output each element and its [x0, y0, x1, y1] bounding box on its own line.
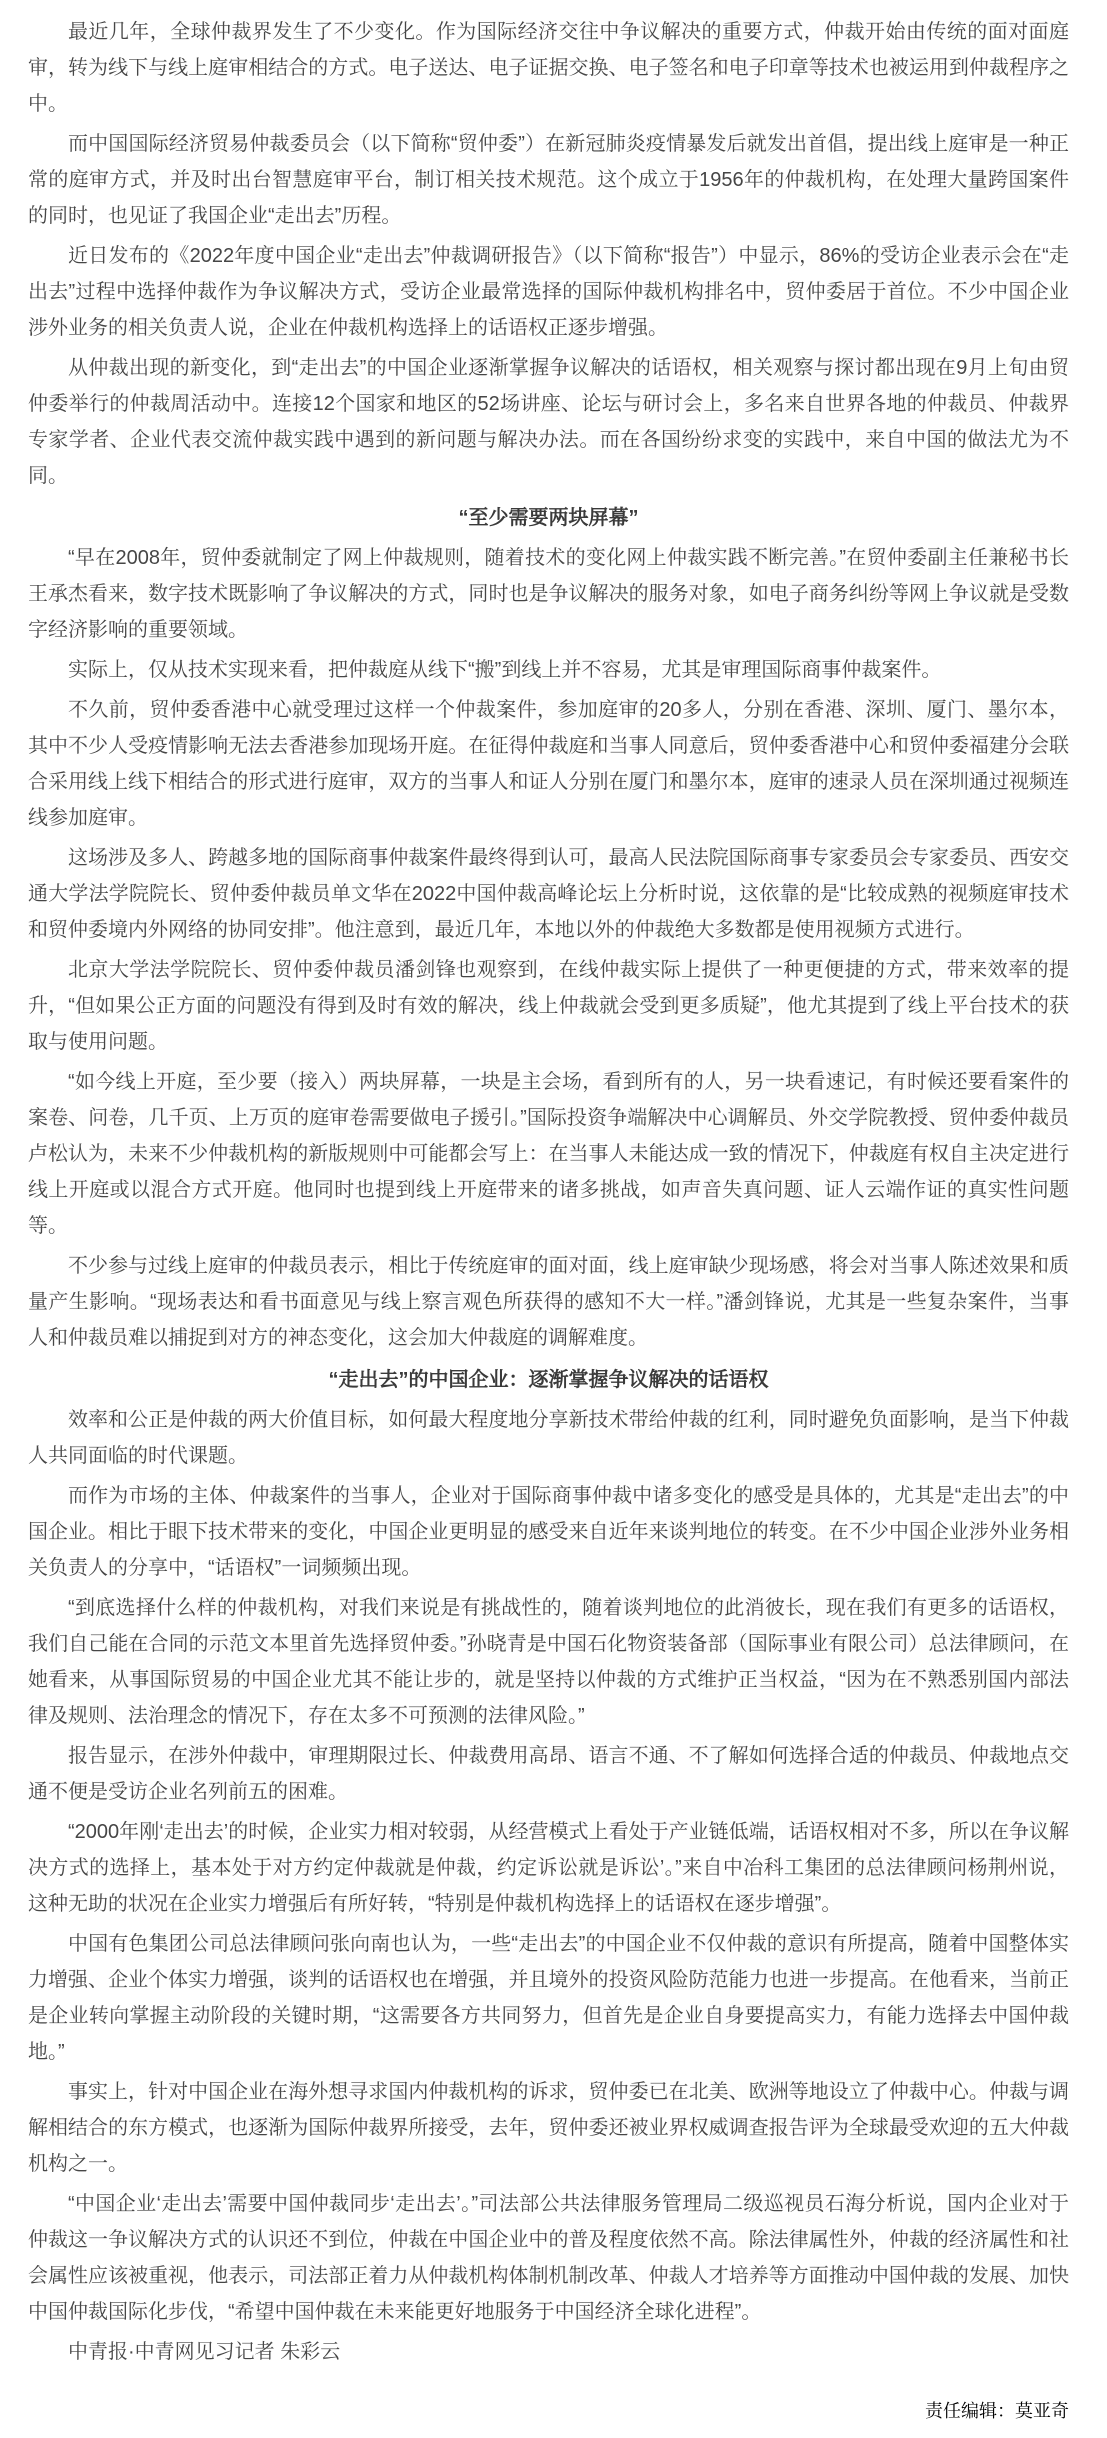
paragraph: 这场涉及多人、跨越多地的国际商事仲裁案件最终得到认可，最高人民法院国际商事专家委…	[28, 840, 1069, 948]
paragraph: 最近几年，全球仲裁界发生了不少变化。作为国际经济交往中争议解决的重要方式，仲裁开…	[28, 14, 1069, 122]
paragraph: “到底选择什么样的仲裁机构，对我们来说是有挑战性的，随着谈判地位的此消彼长，现在…	[28, 1590, 1069, 1734]
paragraph: 北京大学法学院院长、贸仲委仲裁员潘剑锋也观察到，在线仲裁实际上提供了一种更便捷的…	[28, 952, 1069, 1060]
paragraph: “如今线上开庭，至少要（接入）两块屏幕，一块是主会场，看到所有的人，另一块看速记…	[28, 1064, 1069, 1244]
paragraph: 而中国国际经济贸易仲裁委员会（以下简称“贸仲委”）在新冠肺炎疫情暴发后就发出首倡…	[28, 126, 1069, 234]
article-body: 最近几年，全球仲裁界发生了不少变化。作为国际经济交往中争议解决的重要方式，仲裁开…	[28, 14, 1069, 2370]
paragraph: 报告显示，在涉外仲裁中，审理期限过长、仲裁费用高昂、语言不通、不了解如何选择合适…	[28, 1738, 1069, 1810]
paragraph: 实际上，仅从技术实现来看，把仲裁庭从线下“搬”到线上并不容易，尤其是审理国际商事…	[28, 652, 1069, 688]
section-heading-two-screens: “至少需要两块屏幕”	[28, 500, 1069, 536]
paragraph: 而作为市场的主体、仲裁案件的当事人，企业对于国际商事仲裁中诸多变化的感受是具体的…	[28, 1478, 1069, 1586]
section-heading-going-global: “走出去”的中国企业：逐渐掌握争议解决的话语权	[28, 1362, 1069, 1398]
paragraph: 从仲裁出现的新变化，到“走出去”的中国企业逐渐掌握争议解决的话语权，相关观察与探…	[28, 350, 1069, 494]
paragraph: “早在2008年，贸仲委就制定了网上仲裁规则，随着技术的变化网上仲裁实践不断完善…	[28, 540, 1069, 648]
byline: 中青报·中青网见习记者 朱彩云	[28, 2334, 1069, 2370]
editor-credit: 责任编辑：莫亚奇	[925, 2401, 1069, 2421]
editor-credit-row: 责任编辑：莫亚奇	[28, 2398, 1069, 2424]
paragraph: 不少参与过线上庭审的仲裁员表示，相比于传统庭审的面对面，线上庭审缺少现场感，将会…	[28, 1248, 1069, 1356]
paragraph: 效率和公正是仲裁的两大价值目标，如何最大程度地分享新技术带给仲裁的红利，同时避免…	[28, 1402, 1069, 1474]
paragraph: 中国有色集团公司总法律顾问张向南也认为，一些“走出去”的中国企业不仅仲裁的意识有…	[28, 1926, 1069, 2070]
paragraph: 事实上，针对中国企业在海外想寻求国内仲裁机构的诉求，贸仲委已在北美、欧洲等地设立…	[28, 2074, 1069, 2182]
article-page: 最近几年，全球仲裁界发生了不少变化。作为国际经济交往中争议解决的重要方式，仲裁开…	[0, 0, 1107, 2438]
paragraph: “中国企业‘走出去’需要中国仲裁同步‘走出去’。”司法部公共法律服务管理局二级巡…	[28, 2186, 1069, 2330]
paragraph: 近日发布的《2022年度中国企业“走出去”仲裁调研报告》（以下简称“报告”）中显…	[28, 238, 1069, 346]
paragraph: “2000年刚‘走出去’的时候，企业实力相对较弱，从经营模式上看处于产业链低端，…	[28, 1814, 1069, 1922]
paragraph: 不久前，贸仲委香港中心就受理过这样一个仲裁案件，参加庭审的20多人，分别在香港、…	[28, 692, 1069, 836]
